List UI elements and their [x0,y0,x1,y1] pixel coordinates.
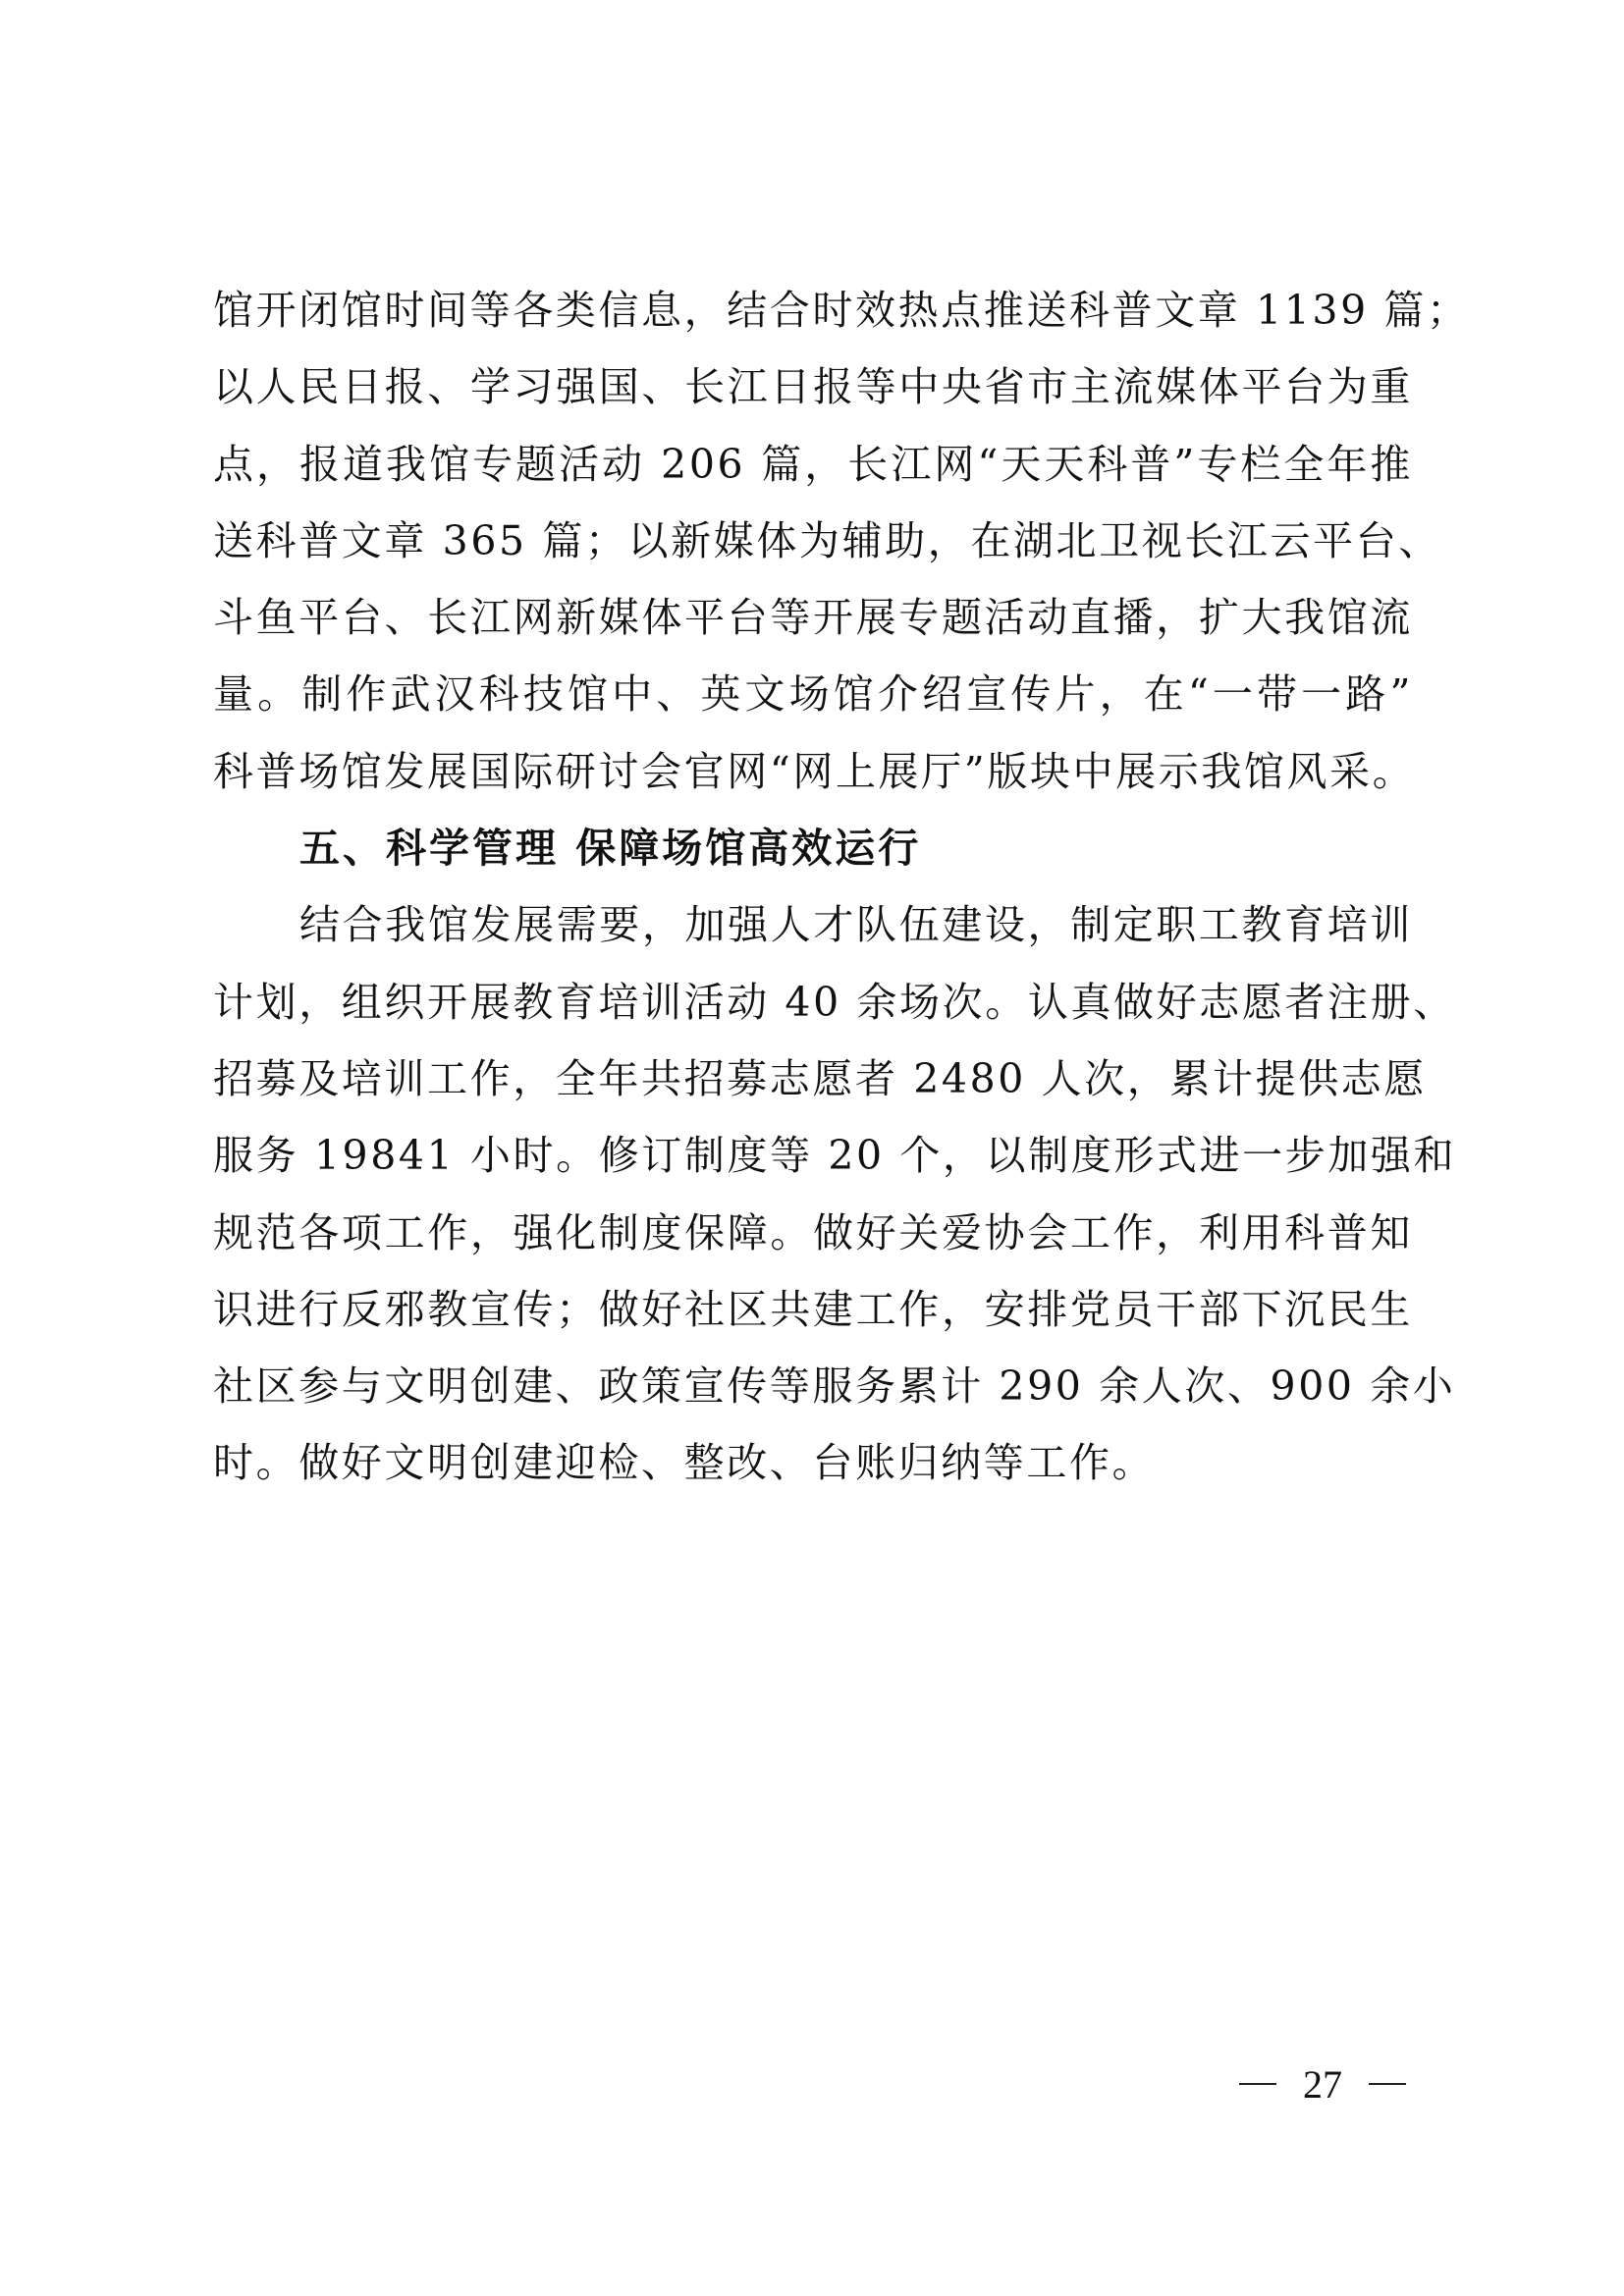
paragraph-line: 以人民日报、学习强国、长江日报等中央省市主流媒体平台为重 [213,356,1413,433]
paragraph-line: 科普场馆发展国际研讨会官网“网上展厅”版块中展示我馆风采。 [213,741,1413,818]
paragraph-line: 斗鱼平台、长江网新媒体平台等开展专题活动直播，扩大我馆流 [213,587,1413,664]
paragraph-line: 时。做好文明创建迎检、整改、台账归纳等工作。 [213,1432,1413,1509]
paragraph-line: 社区参与文明创建、政策宣传等服务累计 290 余人次、900 余小 [213,1356,1413,1432]
paragraph-line: 招募及培训工作，全年共招募志愿者 2480 人次，累计提供志愿 [213,1048,1413,1125]
page-number: 27 [1239,2059,1406,2109]
paragraph-line: 送科普文章 365 篇；以新媒体为辅助，在湖北卫视长江云平台、 [213,510,1413,587]
paragraph-line: 结合我馆发展需要，加强人才队伍建设，制定职工教育培训 [213,894,1413,971]
paragraph-line: 服务 19841 小时。修订制度等 20 个，以制度形式进一步加强和 [213,1125,1413,1201]
dash-right [1369,2083,1406,2085]
body-text: 馆开闭馆时间等各类信息，结合时效热点推送科普文章 1139 篇； 以人民日报、学… [213,280,1413,1510]
section-heading: 五、科学管理 保障场馆高效运行 [213,818,1413,894]
paragraph-line: 馆开闭馆时间等各类信息，结合时效热点推送科普文章 1139 篇； [213,280,1413,356]
document-page: 馆开闭馆时间等各类信息，结合时效热点推送科普文章 1139 篇； 以人民日报、学… [0,0,1624,2296]
paragraph-line: 点，报道我馆专题活动 206 篇，长江网“天天科普”专栏全年推 [213,434,1413,510]
paragraph-line: 量。制作武汉科技馆中、英文场馆介绍宣传片，在“一带一路” [213,664,1413,740]
paragraph-line: 识进行反邪教宣传；做好社区共建工作，安排党员干部下沉民生 [213,1279,1413,1356]
page-number-value: 27 [1303,2061,1342,2108]
paragraph-line: 规范各项工作，强化制度保障。做好关爱协会工作，利用科普知 [213,1202,1413,1279]
dash-left [1239,2083,1276,2085]
paragraph-line: 计划，组织开展教育培训活动 40 余场次。认真做好志愿者注册、 [213,972,1413,1048]
